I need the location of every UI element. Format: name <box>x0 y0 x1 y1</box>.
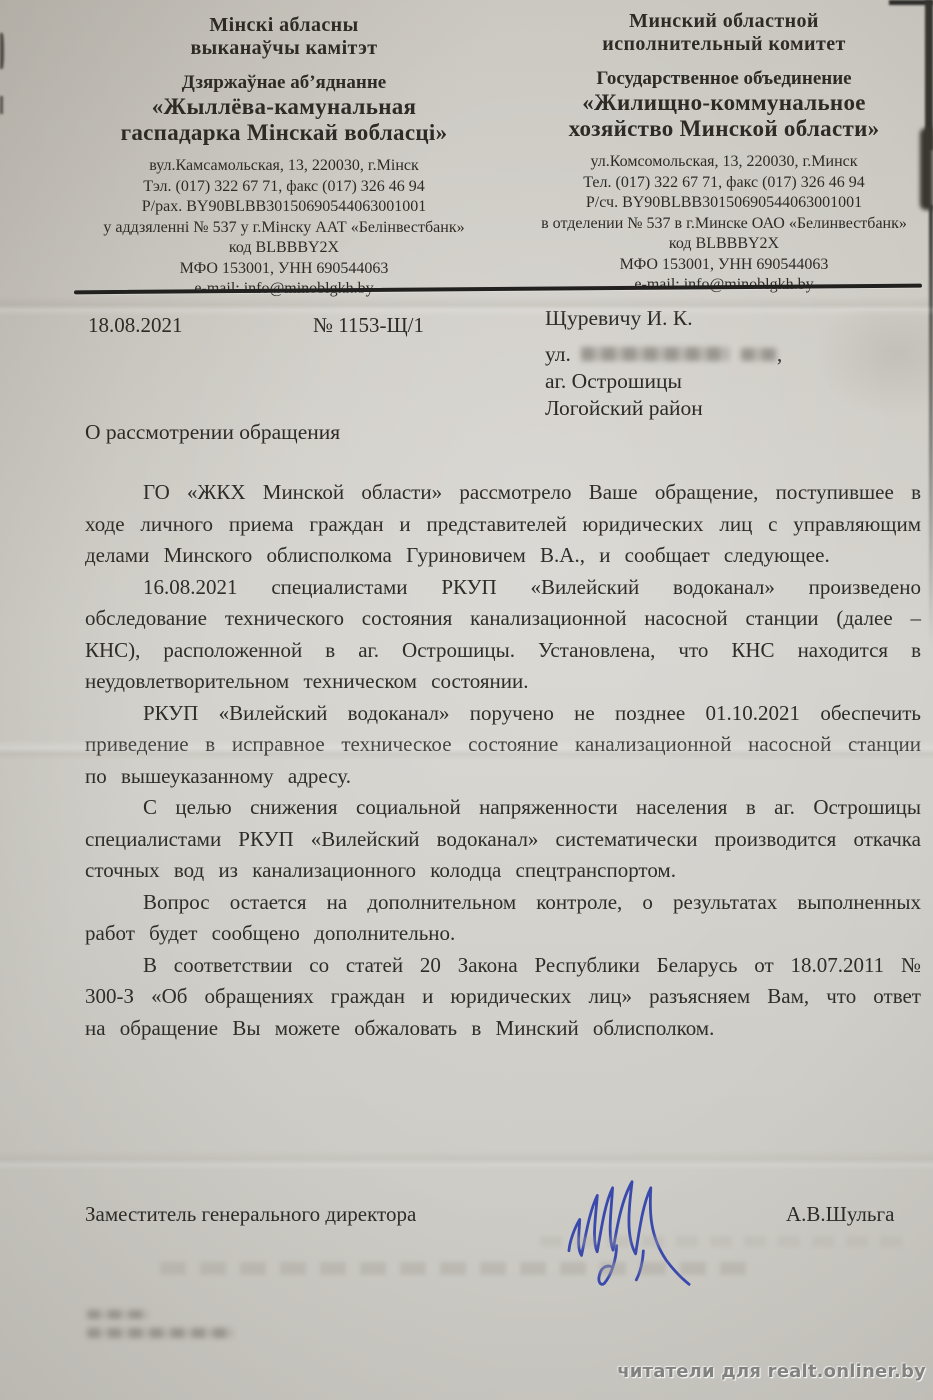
letterhead-left: Мінскі абласны выканаўчы камітэт Дзяржаў… <box>68 14 500 300</box>
photo-edge-artifact <box>0 33 4 69</box>
letter-number: № 1153-Щ/1 <box>313 313 424 338</box>
org-name-by-line1: «Жыллёва-камунальная <box>68 94 500 120</box>
bank-ru: в отделении № 537 в г.Минске ОАО «Белинв… <box>523 214 925 235</box>
addressee-district: Логойский район <box>545 395 782 422</box>
bank-code-by: код BLBBBY2X <box>68 238 500 259</box>
committee-name-by-line1: Мінскі абласны <box>68 14 500 37</box>
letterhead-right: Минский областной исполнительный комитет… <box>523 10 925 296</box>
addressee-name: Щуревичу И. К. <box>545 305 782 332</box>
addressee-street: ул., <box>545 341 782 368</box>
letter-subject: О рассмотрении обращения <box>85 420 340 445</box>
executor-redaction-line1 <box>87 1310 149 1319</box>
letter-date: 18.08.2021 <box>88 313 183 338</box>
paper-wrinkle <box>813 310 933 420</box>
photo-edge-artifact <box>929 205 933 645</box>
committee-name-by-line2: выканаўчы камітэт <box>68 37 500 60</box>
org-name-ru-line2: хозяйство Минской области» <box>523 116 925 142</box>
photo-edge-artifact <box>920 128 933 210</box>
street-redaction-short <box>741 348 777 361</box>
body-paragraph: 16.08.2021 специалистами РКУП «Вилейский… <box>85 572 921 698</box>
mfo-ru: МФО 153001, УНН 690544063 <box>523 255 925 276</box>
committee-name-ru-line1: Минский областной <box>523 10 925 33</box>
addressee-settlement: аг. Острошицы <box>545 368 782 395</box>
signer-position: Заместитель генерального директора <box>85 1202 416 1227</box>
address-by: вул.Камсамольская, 13, 220030, г.Мінск <box>68 156 500 177</box>
org-name-by-line2: гаспадарка Мінскай вобласці» <box>68 120 500 146</box>
bank-by: у аддзяленні № 537 у г.Мінску ААТ «Белін… <box>68 218 500 239</box>
contacts-by: вул.Камсамольская, 13, 220030, г.Мінск Т… <box>68 156 500 300</box>
body-paragraph: Вопрос остается на дополнительном контро… <box>85 887 921 950</box>
body-paragraph: С целью снижения социальной напряженност… <box>85 792 921 887</box>
street-suffix: , <box>777 342 782 366</box>
letter-body: ГО «ЖКХ Минской области» рассмотрело Ваш… <box>85 477 921 1044</box>
bank-code-ru: код BLBBBY2X <box>523 234 925 255</box>
executor-redaction-line2 <box>87 1328 234 1338</box>
body-paragraph: ГО «ЖКХ Минской области» рассмотрело Ваш… <box>85 477 921 572</box>
association-type-ru: Государственное объединение <box>523 68 925 90</box>
body-paragraph: РКУП «Вилейский водоканал» поручено не п… <box>85 698 921 793</box>
contacts-ru: ул.Комсомольская, 13, 220030, г.Минск Те… <box>523 152 925 296</box>
association-type-by: Дзяржаўнае аб’яднанне <box>68 72 500 94</box>
signer-name: А.В.Шульга <box>786 1202 894 1227</box>
paper-crease <box>0 1150 933 1170</box>
street-label: ул. <box>545 342 571 366</box>
scanned-letter-page: Мінскі абласны выканаўчы камітэт Дзяржаў… <box>0 0 933 1400</box>
committee-name-ru-line2: исполнительный комитет <box>523 33 925 56</box>
street-redaction-long <box>581 347 729 361</box>
account-ru: Р/сч. BY90BLBB30150690544063001001 <box>523 193 925 214</box>
org-name-ru-line1: «Жилищно-коммунальное <box>523 90 925 116</box>
photo-edge-artifact <box>0 96 3 114</box>
account-by: Р/рах. BY90BLBB30150690544063001001 <box>68 197 500 218</box>
address-ru: ул.Комсомольская, 13, 220030, г.Минск <box>523 152 925 173</box>
site-watermark: читатели для realt.onliner.by <box>617 1361 926 1382</box>
phone-ru: Тел. (017) 322 67 71, факс (017) 326 46 … <box>523 173 925 194</box>
handwritten-signature <box>545 1152 720 1307</box>
mfo-by: МФО 153001, УНН 690544063 <box>68 259 500 280</box>
body-paragraph: В соответствии со статей 20 Закона Респу… <box>85 950 921 1045</box>
phone-by: Тэл. (017) 322 67 71, факс (017) 326 46 … <box>68 177 500 198</box>
addressee-block: Щуревичу И. К. ул., аг. Острошицы Логойс… <box>545 305 782 422</box>
paper-bleedthrough-text <box>160 1262 760 1275</box>
paper-bleedthrough-text <box>540 1236 910 1247</box>
